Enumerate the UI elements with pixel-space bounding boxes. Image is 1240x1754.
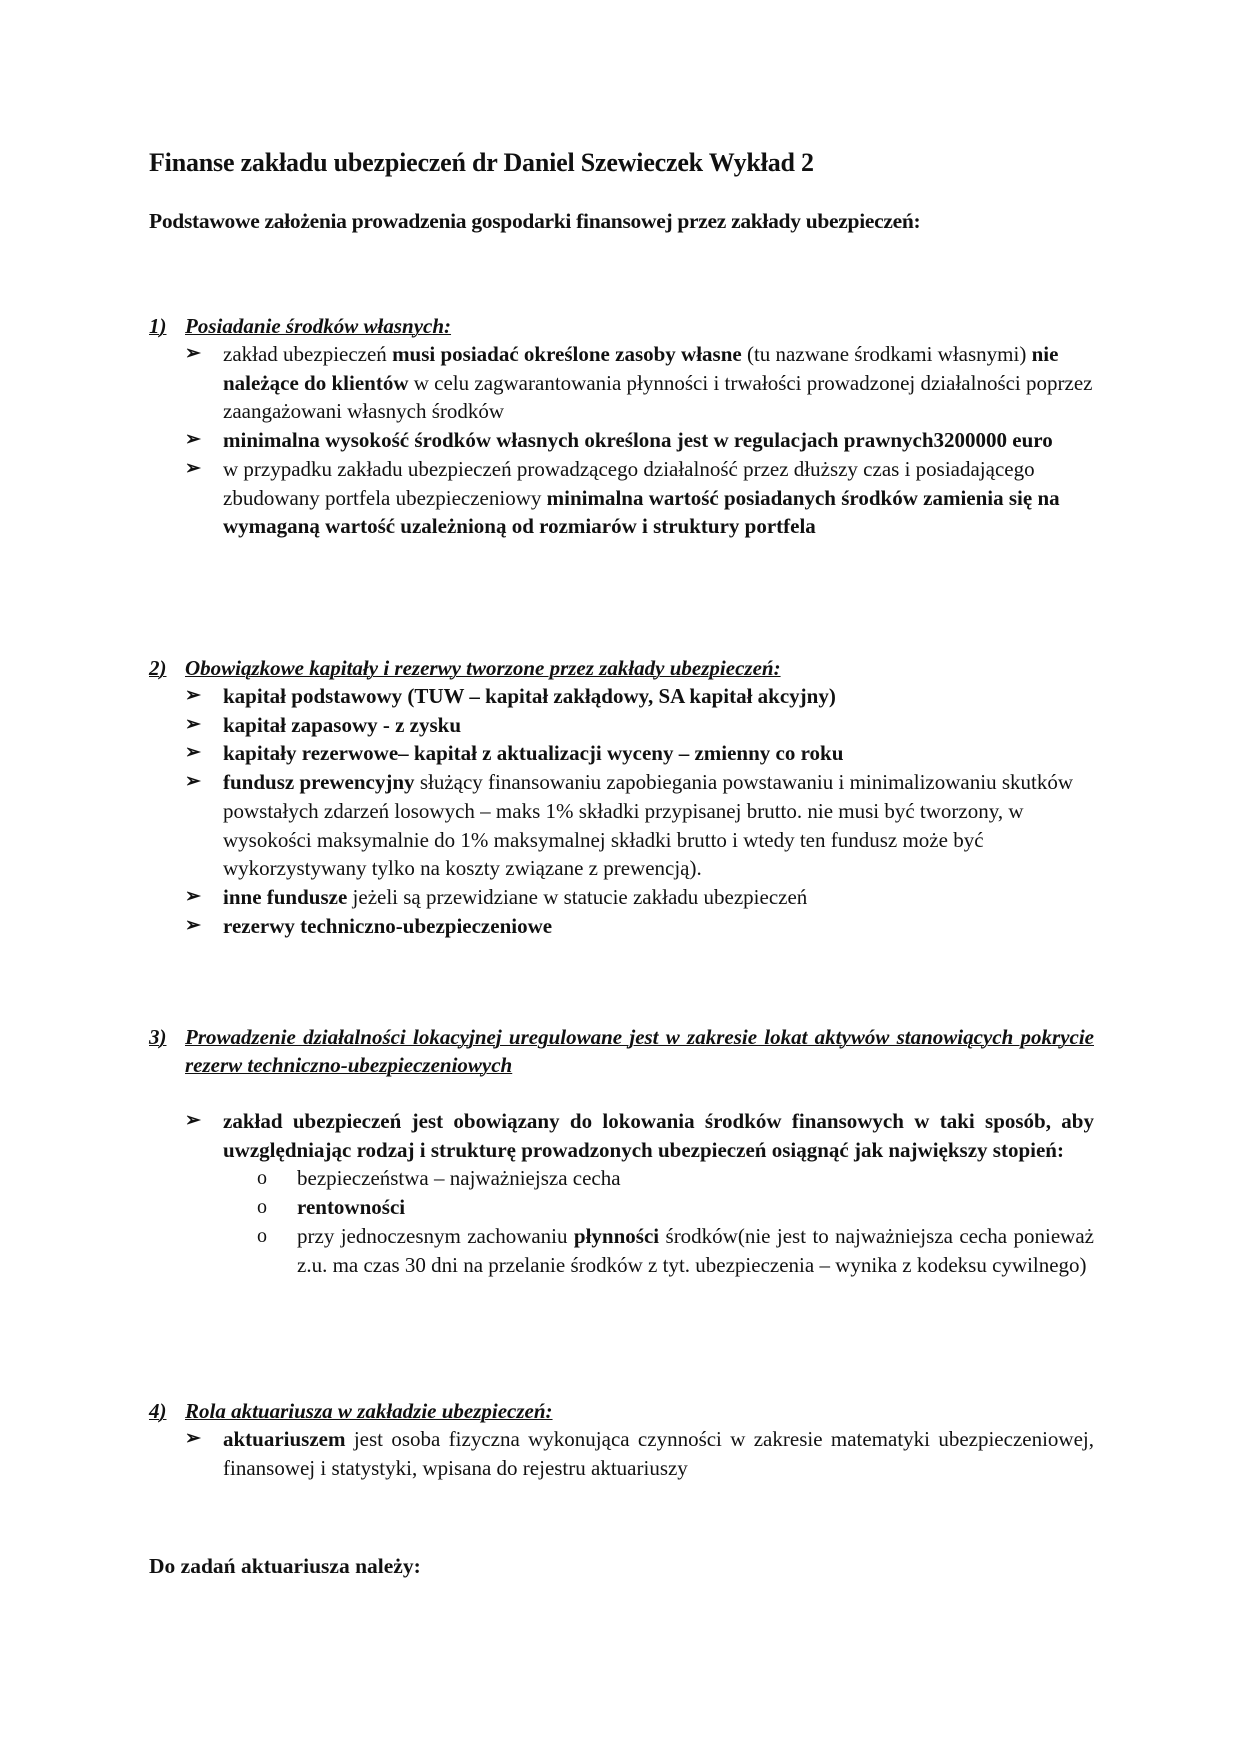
sub-list-item-text: przy jednoczesnym zachowaniu płynności ś… xyxy=(297,1224,1094,1277)
section-title: Posiadanie środków własnych: xyxy=(185,312,1094,340)
text-run: (tu nazwane środkami własnymi) xyxy=(742,342,1032,366)
list-item: ➢kapitał zapasowy - z zysku xyxy=(149,711,1094,740)
list-item-text: w przypadku zakładu ubezpieczeń prowadzą… xyxy=(223,457,1060,538)
section-number: 1) xyxy=(149,312,185,340)
list-item: ➢rezerwy techniczno-ubezpieczeniowe xyxy=(149,912,1094,941)
bold-text: zakład ubezpieczeń jest obowiązany do lo… xyxy=(223,1109,1094,1162)
list-item-text: fundusz prewencyjny służący finansowaniu… xyxy=(223,770,1073,880)
arrow-bullet-icon: ➢ xyxy=(185,912,201,941)
arrow-bullet-icon: ➢ xyxy=(185,711,201,740)
bullet-list: ➢zakład ubezpieczeń jest obowiązany do l… xyxy=(149,1107,1094,1279)
list-item-text: zakład ubezpieczeń jest obowiązany do lo… xyxy=(223,1109,1094,1162)
arrow-bullet-icon: ➢ xyxy=(185,455,201,484)
list-item-text: kapitał zapasowy - z zysku xyxy=(223,713,461,737)
section-heading: 2) Obowiązkowe kapitały i rezerwy tworzo… xyxy=(149,654,1094,682)
list-item-text: aktuariuszem jest osoba fizyczna wykonuj… xyxy=(223,1427,1094,1480)
bold-text: rezerwy techniczno-ubezpieczeniowe xyxy=(223,914,552,938)
section-title: Obowiązkowe kapitały i rezerwy tworzone … xyxy=(185,654,1094,682)
arrow-bullet-icon: ➢ xyxy=(185,739,201,768)
document-title: Finanse zakładu ubezpieczeń dr Daniel Sz… xyxy=(149,148,814,178)
bold-text: kapitały rezerwowe– kapitał z aktualizac… xyxy=(223,741,843,765)
sub-list-item: obezpieczeństwa – najważniejsza cecha xyxy=(223,1164,1094,1193)
text-run: zakład ubezpieczeń xyxy=(223,342,392,366)
arrow-bullet-icon: ➢ xyxy=(185,426,201,455)
circle-bullet-icon: o xyxy=(257,1193,267,1222)
bold-text: kapitał podstawowy (TUW – kapitał zakłąd… xyxy=(223,684,836,708)
list-item: ➢aktuariuszem jest osoba fizyczna wykonu… xyxy=(149,1425,1094,1482)
section-4: 4) Rola aktuariusza w zakładzie ubezpiec… xyxy=(149,1397,1094,1482)
bold-text: aktuariuszem xyxy=(223,1427,346,1451)
list-item-text: kapitał podstawowy (TUW – kapitał zakłąd… xyxy=(223,684,836,708)
text-run: przy jednoczesnym zachowaniu xyxy=(297,1224,574,1248)
text-run: jeżeli są przewidziane w statucie zakład… xyxy=(347,885,807,909)
list-item-text: kapitały rezerwowe– kapitał z aktualizac… xyxy=(223,741,843,765)
sub-list-item-text: rentowności xyxy=(297,1195,405,1219)
list-item: ➢minimalna wysokość środków własnych okr… xyxy=(149,426,1094,455)
document-page: Finanse zakładu ubezpieczeń dr Daniel Sz… xyxy=(0,0,1240,1754)
arrow-bullet-icon: ➢ xyxy=(185,340,201,369)
circle-bullet-icon: o xyxy=(257,1164,267,1193)
section-1: 1) Posiadanie środków własnych: ➢zakład … xyxy=(149,312,1094,541)
bullet-list: ➢aktuariuszem jest osoba fizyczna wykonu… xyxy=(149,1425,1094,1482)
bullet-list: ➢kapitał podstawowy (TUW – kapitał zakłą… xyxy=(149,682,1094,940)
text-run: jest osoba fizyczna wykonująca czynności… xyxy=(223,1427,1094,1480)
bold-text: fundusz prewencyjny xyxy=(223,770,415,794)
bold-text: inne fundusze xyxy=(223,885,347,909)
bold-text: rentowności xyxy=(297,1195,405,1219)
bold-text: minimalna wysokość środków własnych okre… xyxy=(223,428,1053,452)
arrow-bullet-icon: ➢ xyxy=(185,682,201,711)
arrow-bullet-icon: ➢ xyxy=(185,768,201,797)
list-item: ➢zakład ubezpieczeń jest obowiązany do l… xyxy=(149,1107,1094,1164)
section-number: 4) xyxy=(149,1397,185,1425)
circle-bullet-icon: o xyxy=(257,1222,267,1251)
sub-list-item: orentowności xyxy=(223,1193,1094,1222)
section-title: Rola aktuariusza w zakładzie ubezpieczeń… xyxy=(185,1397,1094,1425)
sub-list-item: oprzy jednoczesnym zachowaniu płynności … xyxy=(223,1222,1094,1279)
document-subtitle: Podstawowe założenia prowadzenia gospoda… xyxy=(149,209,920,234)
arrow-bullet-icon: ➢ xyxy=(185,1107,201,1136)
arrow-bullet-icon: ➢ xyxy=(185,883,201,912)
section-heading: 1) Posiadanie środków własnych: xyxy=(149,312,1094,340)
list-item: ➢zakład ubezpieczeń musi posiadać określ… xyxy=(149,340,1094,426)
section-number: 2) xyxy=(149,654,185,682)
list-item: ➢fundusz prewencyjny służący finansowani… xyxy=(149,768,1094,883)
list-item-text: zakład ubezpieczeń musi posiadać określo… xyxy=(223,342,1092,423)
text-run: bezpieczeństwa – najważniejsza cecha xyxy=(297,1166,621,1190)
bold-text: płynności xyxy=(574,1224,659,1248)
sub-list-item-text: bezpieczeństwa – najważniejsza cecha xyxy=(297,1166,621,1190)
list-item-text: minimalna wysokość środków własnych okre… xyxy=(223,428,1053,452)
list-item: ➢w przypadku zakładu ubezpieczeń prowadz… xyxy=(149,455,1094,541)
section-heading: 3) Prowadzenie działalności lokacyjnej u… xyxy=(149,1023,1094,1079)
section-heading: 4) Rola aktuariusza w zakładzie ubezpiec… xyxy=(149,1397,1094,1425)
closing-heading: Do zadań aktuariusza należy: xyxy=(149,1554,421,1579)
arrow-bullet-icon: ➢ xyxy=(185,1425,201,1454)
bullet-list: ➢zakład ubezpieczeń musi posiadać określ… xyxy=(149,340,1094,541)
section-number: 3) xyxy=(149,1023,185,1079)
sub-bullet-list: obezpieczeństwa – najważniejsza cechaore… xyxy=(223,1164,1094,1279)
bold-text: kapitał zapasowy - z zysku xyxy=(223,713,461,737)
list-item-text: inne fundusze jeżeli są przewidziane w s… xyxy=(223,885,807,909)
list-item: ➢kapitały rezerwowe– kapitał z aktualiza… xyxy=(149,739,1094,768)
bold-text: musi posiadać określone zasoby własne xyxy=(392,342,742,366)
section-2: 2) Obowiązkowe kapitały i rezerwy tworzo… xyxy=(149,654,1094,940)
list-item: ➢kapitał podstawowy (TUW – kapitał zakłą… xyxy=(149,682,1094,711)
section-title: Prowadzenie działalności lokacyjnej ureg… xyxy=(185,1023,1094,1079)
list-item-text: rezerwy techniczno-ubezpieczeniowe xyxy=(223,914,552,938)
section-3: 3) Prowadzenie działalności lokacyjnej u… xyxy=(149,1023,1094,1279)
list-item: ➢inne fundusze jeżeli są przewidziane w … xyxy=(149,883,1094,912)
